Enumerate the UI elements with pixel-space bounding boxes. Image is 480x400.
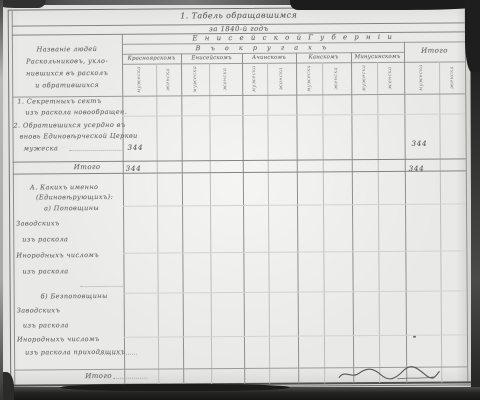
subcol-label-text: женска (278, 67, 284, 90)
subcol-label-text: мужеска (192, 66, 198, 93)
row-label: изъ раскола (23, 321, 69, 329)
scanned-document: 1. Табель обращавшимся за 1840-й годъ На… (0, 0, 480, 400)
row-label: изъ раскола приходящихъ (25, 348, 125, 357)
group-header-minusinsk: Минусинскомъ (351, 54, 404, 60)
subcol-label-male: мужеска (126, 66, 152, 94)
row-label: Заводскихъ (17, 306, 61, 314)
subcol-label-male: мужеска (296, 64, 322, 92)
subcol-label-text: мужеска (306, 65, 312, 92)
row-label: Инородныхъ числомъ (17, 335, 100, 344)
table-sheet: 1. Табель обращавшимся за 1840-й годъ На… (0, 0, 480, 400)
footer-itogo-label: Итого (85, 372, 112, 380)
stub-header-line3: нившихся въ расколъ (15, 69, 119, 78)
row-label: Инородныхъ числомъ (16, 251, 99, 260)
section-b-subheading: б) Безпоповщины (41, 292, 108, 300)
row-label: изъ раскола (22, 235, 68, 243)
subcol-label-male: мужеска (182, 65, 208, 93)
subcol-label-male: мужеска (351, 64, 377, 92)
scan-smudge-top-left (0, 0, 46, 8)
group-header-krasnoyarsk: Красноярскомъ (122, 55, 181, 61)
total-group-header: Итого (404, 46, 465, 54)
subcol-label-text: мужеска (136, 66, 142, 93)
row-label: вновь Единовѣрческой Церкви (20, 132, 138, 141)
row-label: изъ раскола новообращен. (25, 108, 127, 117)
scan-edge-left (0, 0, 3, 400)
scan-smudge-bottom (60, 384, 290, 391)
subcol-label-text: мужеска (418, 64, 424, 91)
group-header-achinsk: Ачинскомъ (242, 55, 296, 61)
subcol-label-female: женска (377, 64, 403, 92)
scan-smudge-right-upper (465, 0, 480, 72)
scan-smudge-top-right (290, 0, 480, 10)
row-label: 1. Секретныхъ сектъ (17, 97, 101, 106)
subcol-label-text: мужеска (251, 66, 257, 93)
value-krasnoyarsk-row2: 344 (128, 144, 144, 152)
signature-scrawl (337, 365, 441, 384)
subcol-label-text: женска (387, 67, 393, 90)
subcol-label-text: женска (449, 66, 455, 89)
stub-header-line4: и обратившихся (17, 81, 117, 90)
section-a-heading2: (Единовѣрующихъ): (36, 193, 113, 202)
ink-blot (413, 336, 416, 338)
row-label: 2. Обратившихся усердно въ (13, 121, 125, 130)
value-total-itogo: 344 (409, 165, 425, 173)
subcol-label-text: женска (333, 67, 339, 90)
group-header-yeniseysk: Енисейскомъ (181, 55, 242, 61)
group-header-kansk: Канскомъ (296, 54, 351, 60)
section-a-heading: А. Какихъ именно (30, 183, 98, 191)
itogo-row-label: Итого (74, 163, 101, 171)
subcol-label-text: женска (165, 68, 171, 91)
subcol-label-male: мужеска (408, 64, 434, 92)
document-title: 1. Табель обращавшимся (119, 10, 359, 21)
subcol-label-female: женска (268, 65, 294, 93)
row-label: мужеска (24, 144, 59, 152)
subcol-label-female: женска (439, 63, 465, 91)
value-krasnoyarsk-itogo: 344 (126, 165, 142, 173)
subcol-label-male: мужеска (241, 65, 267, 93)
subcol-label-female: женска (323, 64, 349, 92)
stub-header-line1: Названіе людей (15, 45, 119, 54)
section-a-subheading: а) Поповщины (44, 204, 99, 212)
stub-header-line2: Раскольниковъ, укло- (13, 57, 121, 66)
subcol-label-text: мужеска (361, 65, 367, 92)
subcol-label-text: женска (222, 68, 228, 91)
row-label: Заводскихъ (16, 219, 60, 227)
subcol-label-female: женска (155, 65, 181, 93)
value-total-row2: 344 (412, 140, 428, 148)
subcol-label-female: женска (212, 65, 238, 93)
row-label: изъ раскола (22, 267, 68, 275)
